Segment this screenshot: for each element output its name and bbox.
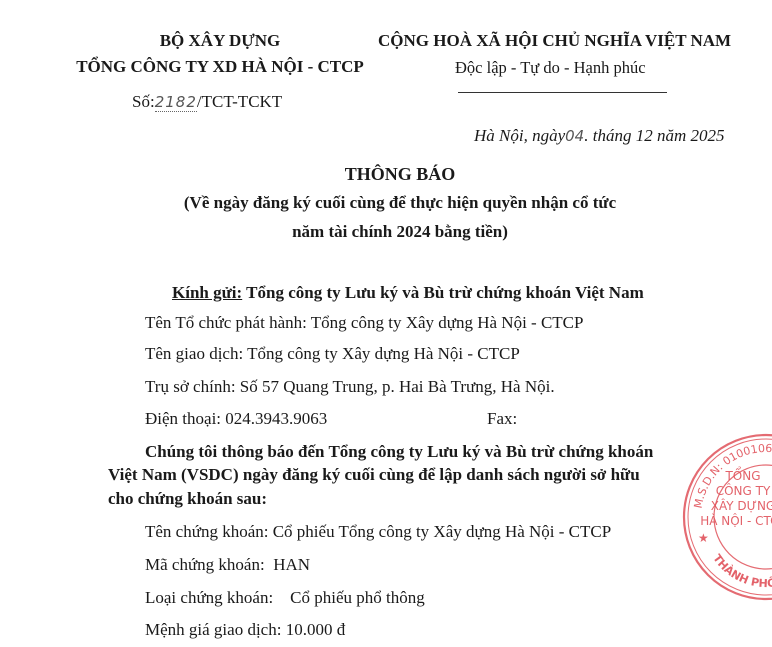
issuer-name: Tên Tổ chức phát hành: Tổng công ty Xây … bbox=[145, 313, 583, 333]
seal-line-1: TỔNG bbox=[724, 467, 760, 483]
seal-line-2: CÔNG TY bbox=[716, 483, 771, 498]
notice-paragraph-line1: Chúng tôi thông báo đến Tổng công ty Lưu… bbox=[145, 442, 653, 462]
company-name: TỔNG CÔNG TY XD HÀ NỘI - CTCP bbox=[70, 57, 370, 77]
number-suffix: /TCT-TCKT bbox=[197, 92, 282, 111]
security-type: Loại chứng khoán: Cổ phiếu phổ thông bbox=[145, 588, 425, 608]
security-par-value: Mệnh giá giao dịch: 10.000 đ bbox=[145, 620, 345, 640]
ministry-name: BỘ XÂY DỰNG bbox=[80, 31, 360, 51]
number-handwritten: 2182 bbox=[155, 93, 197, 112]
notice-paragraph-line3: cho chứng khoán sau: bbox=[108, 489, 267, 509]
seal-star-icon: ★ bbox=[698, 531, 709, 545]
recipient-name: Tổng công ty Lưu ký và Bù trừ chứng khoá… bbox=[242, 283, 644, 302]
place-suffix: . tháng 12 năm 2025 bbox=[584, 126, 724, 145]
phone-number: Điện thoại: 024.3943.9063 bbox=[145, 409, 327, 429]
seal-line-3: XÂY DỰNG bbox=[711, 498, 772, 513]
recipient-label: Kính gửi: bbox=[172, 283, 242, 302]
headquarters: Trụ sở chính: Số 57 Quang Trung, p. Hai … bbox=[145, 377, 555, 397]
document-title: THÔNG BÁO bbox=[150, 164, 650, 185]
motto-underline bbox=[458, 92, 667, 93]
company-seal-stamp: M.S.D.N: 0100106338-1 THÀNH PHỐ HÀ NỘI T… bbox=[681, 432, 772, 602]
document-subtitle-line2: năm tài chính 2024 bằng tiền) bbox=[150, 222, 650, 242]
security-code: Mã chứng khoán: HAN bbox=[145, 555, 310, 575]
trade-name: Tên giao dịch: Tổng công ty Xây dựng Hà … bbox=[145, 344, 520, 364]
place-date: Hà Nội, ngày04. tháng 12 năm 2025 bbox=[474, 126, 724, 146]
recipient-line: Kính gửi: Tổng công ty Lưu ký và Bù trừ … bbox=[172, 283, 644, 303]
document-number: Số:2182/TCT-TCKT bbox=[132, 92, 282, 112]
nation-title: CỘNG HOÀ XÃ HỘI CHỦ NGHĨA VIỆT NAM bbox=[378, 31, 731, 51]
number-prefix: Số: bbox=[132, 92, 155, 111]
nation-motto: Độc lập - Tự do - Hạnh phúc bbox=[455, 58, 646, 78]
day-handwritten: 04 bbox=[565, 127, 584, 145]
seal-line-4: HÀ NỘI - CTCP bbox=[700, 513, 772, 528]
security-name: Tên chứng khoán: Cổ phiếu Tổng công ty X… bbox=[145, 522, 611, 542]
notice-paragraph-line2: Việt Nam (VSDC) ngày đăng ký cuối cùng đ… bbox=[108, 465, 640, 485]
place-prefix: Hà Nội, ngày bbox=[474, 126, 565, 145]
document-subtitle-line1: (Về ngày đăng ký cuối cùng để thực hiện … bbox=[150, 193, 650, 213]
fax-label: Fax: bbox=[487, 409, 517, 429]
